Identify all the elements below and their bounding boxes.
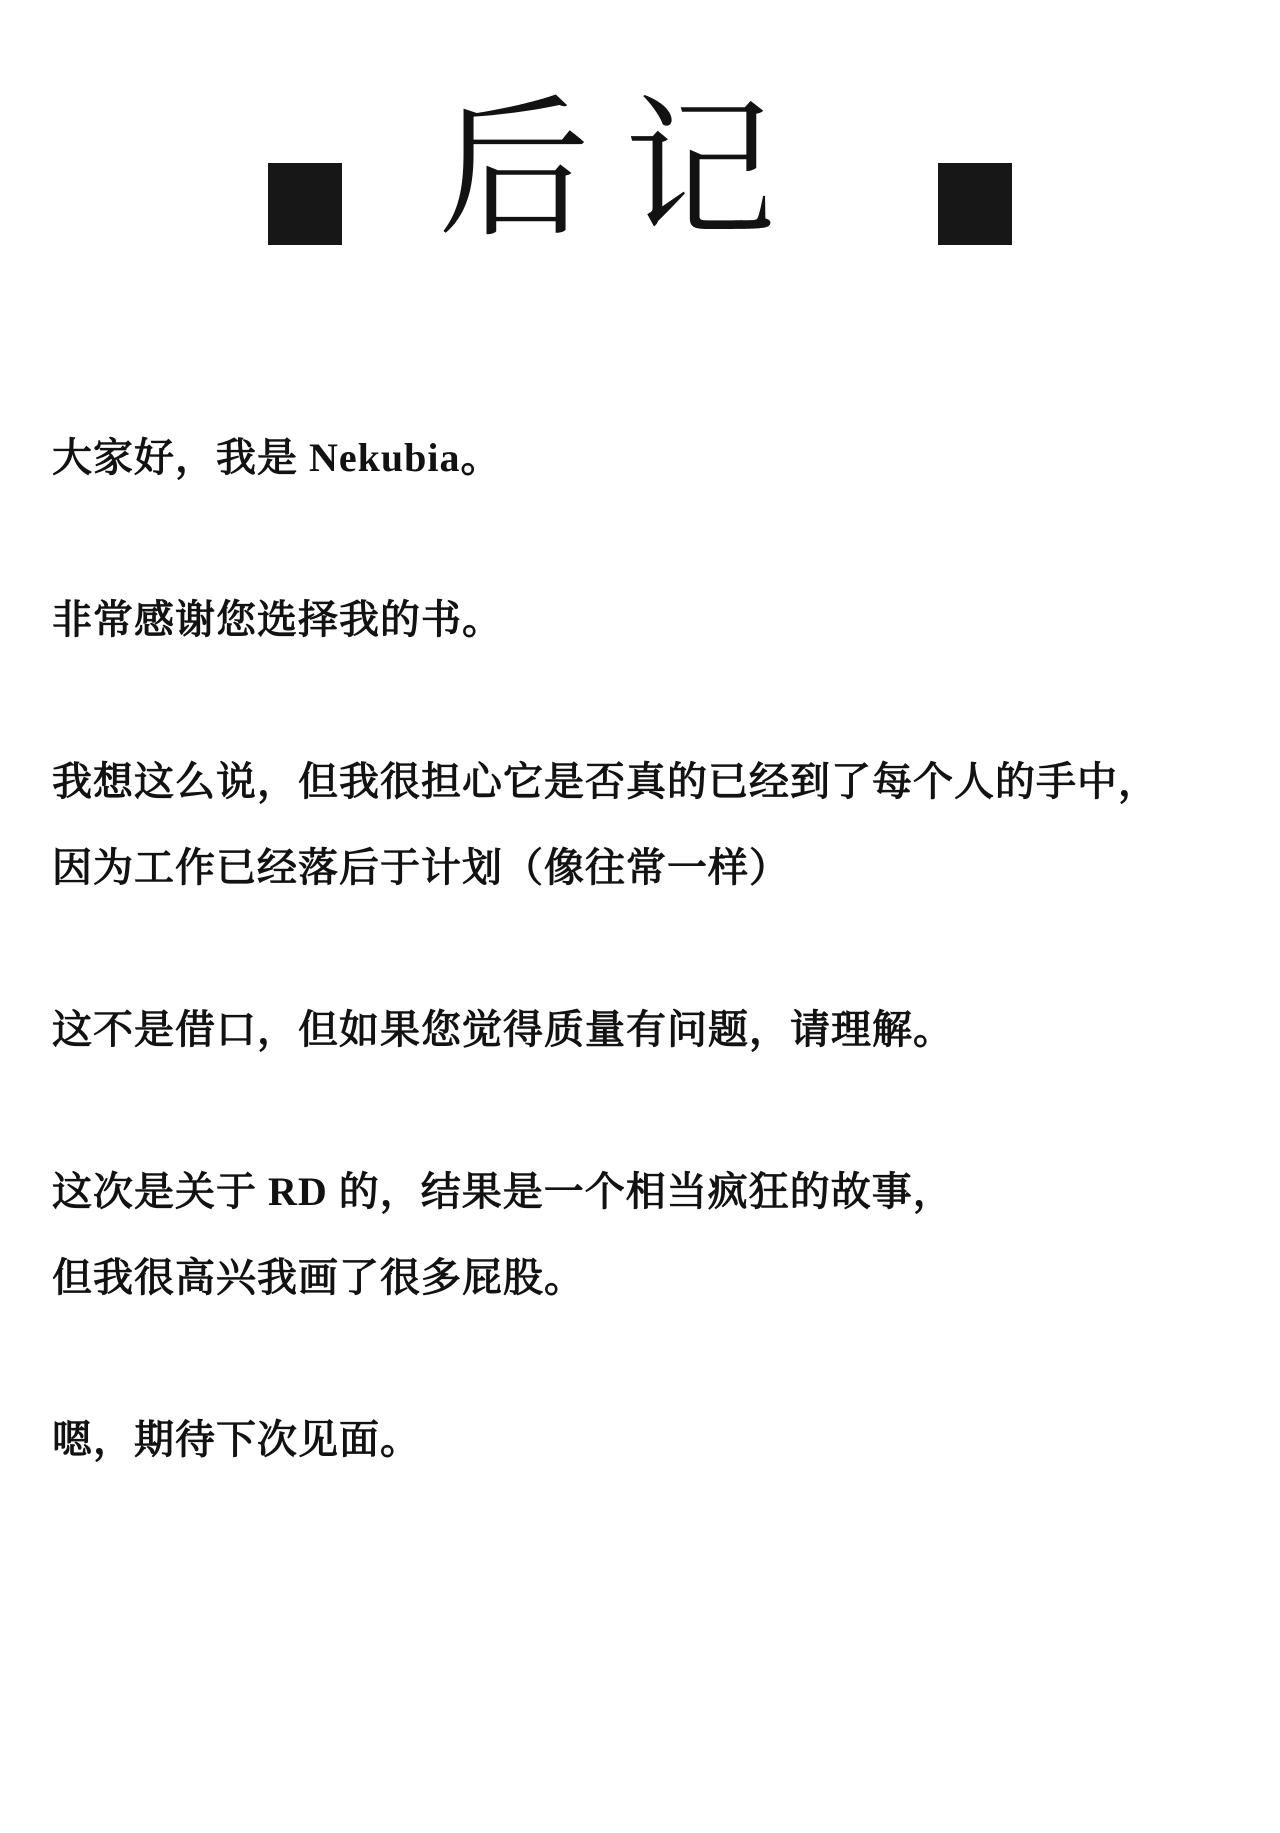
- title-row: 后记: [0, 0, 1280, 255]
- text-line: 大家好，我是 Nekubia。: [52, 415, 1240, 501]
- page-title: 后记: [438, 88, 810, 255]
- right-square-decoration: [938, 163, 1012, 245]
- text-line: 但我很高兴我画了很多屁股。: [52, 1235, 1240, 1321]
- text-line: 非常感谢您选择我的书。: [52, 577, 1240, 663]
- text-line: 因为工作已经落后于计划（像往常一样）: [52, 825, 1240, 911]
- paragraph-greeting: 大家好，我是 Nekubia。: [52, 415, 1240, 501]
- text-line: 这不是借口，但如果您觉得质量有问题，请理解。: [52, 987, 1240, 1073]
- afterword-text: 大家好，我是 Nekubia。 非常感谢您选择我的书。 我想这么说，但我很担心它…: [0, 415, 1280, 1483]
- text-line: 这次是关于 RD 的，结果是一个相当疯狂的故事，: [52, 1149, 1240, 1235]
- afterword-page: 后记 大家好，我是 Nekubia。 非常感谢您选择我的书。 我想这么说，但我很…: [0, 0, 1280, 1833]
- paragraph-thanks: 非常感谢您选择我的书。: [52, 577, 1240, 663]
- text-line: 嗯，期待下次见面。: [52, 1397, 1240, 1483]
- text-line: 我想这么说，但我很担心它是否真的已经到了每个人的手中，: [52, 739, 1240, 825]
- paragraph-schedule-worry: 我想这么说，但我很担心它是否真的已经到了每个人的手中， 因为工作已经落后于计划（…: [52, 739, 1240, 911]
- paragraph-about-story: 这次是关于 RD 的，结果是一个相当疯狂的故事， 但我很高兴我画了很多屁股。: [52, 1149, 1240, 1321]
- paragraph-farewell: 嗯，期待下次见面。: [52, 1397, 1240, 1483]
- paragraph-quality-apology: 这不是借口，但如果您觉得质量有问题，请理解。: [52, 987, 1240, 1073]
- left-square-decoration: [268, 163, 342, 245]
